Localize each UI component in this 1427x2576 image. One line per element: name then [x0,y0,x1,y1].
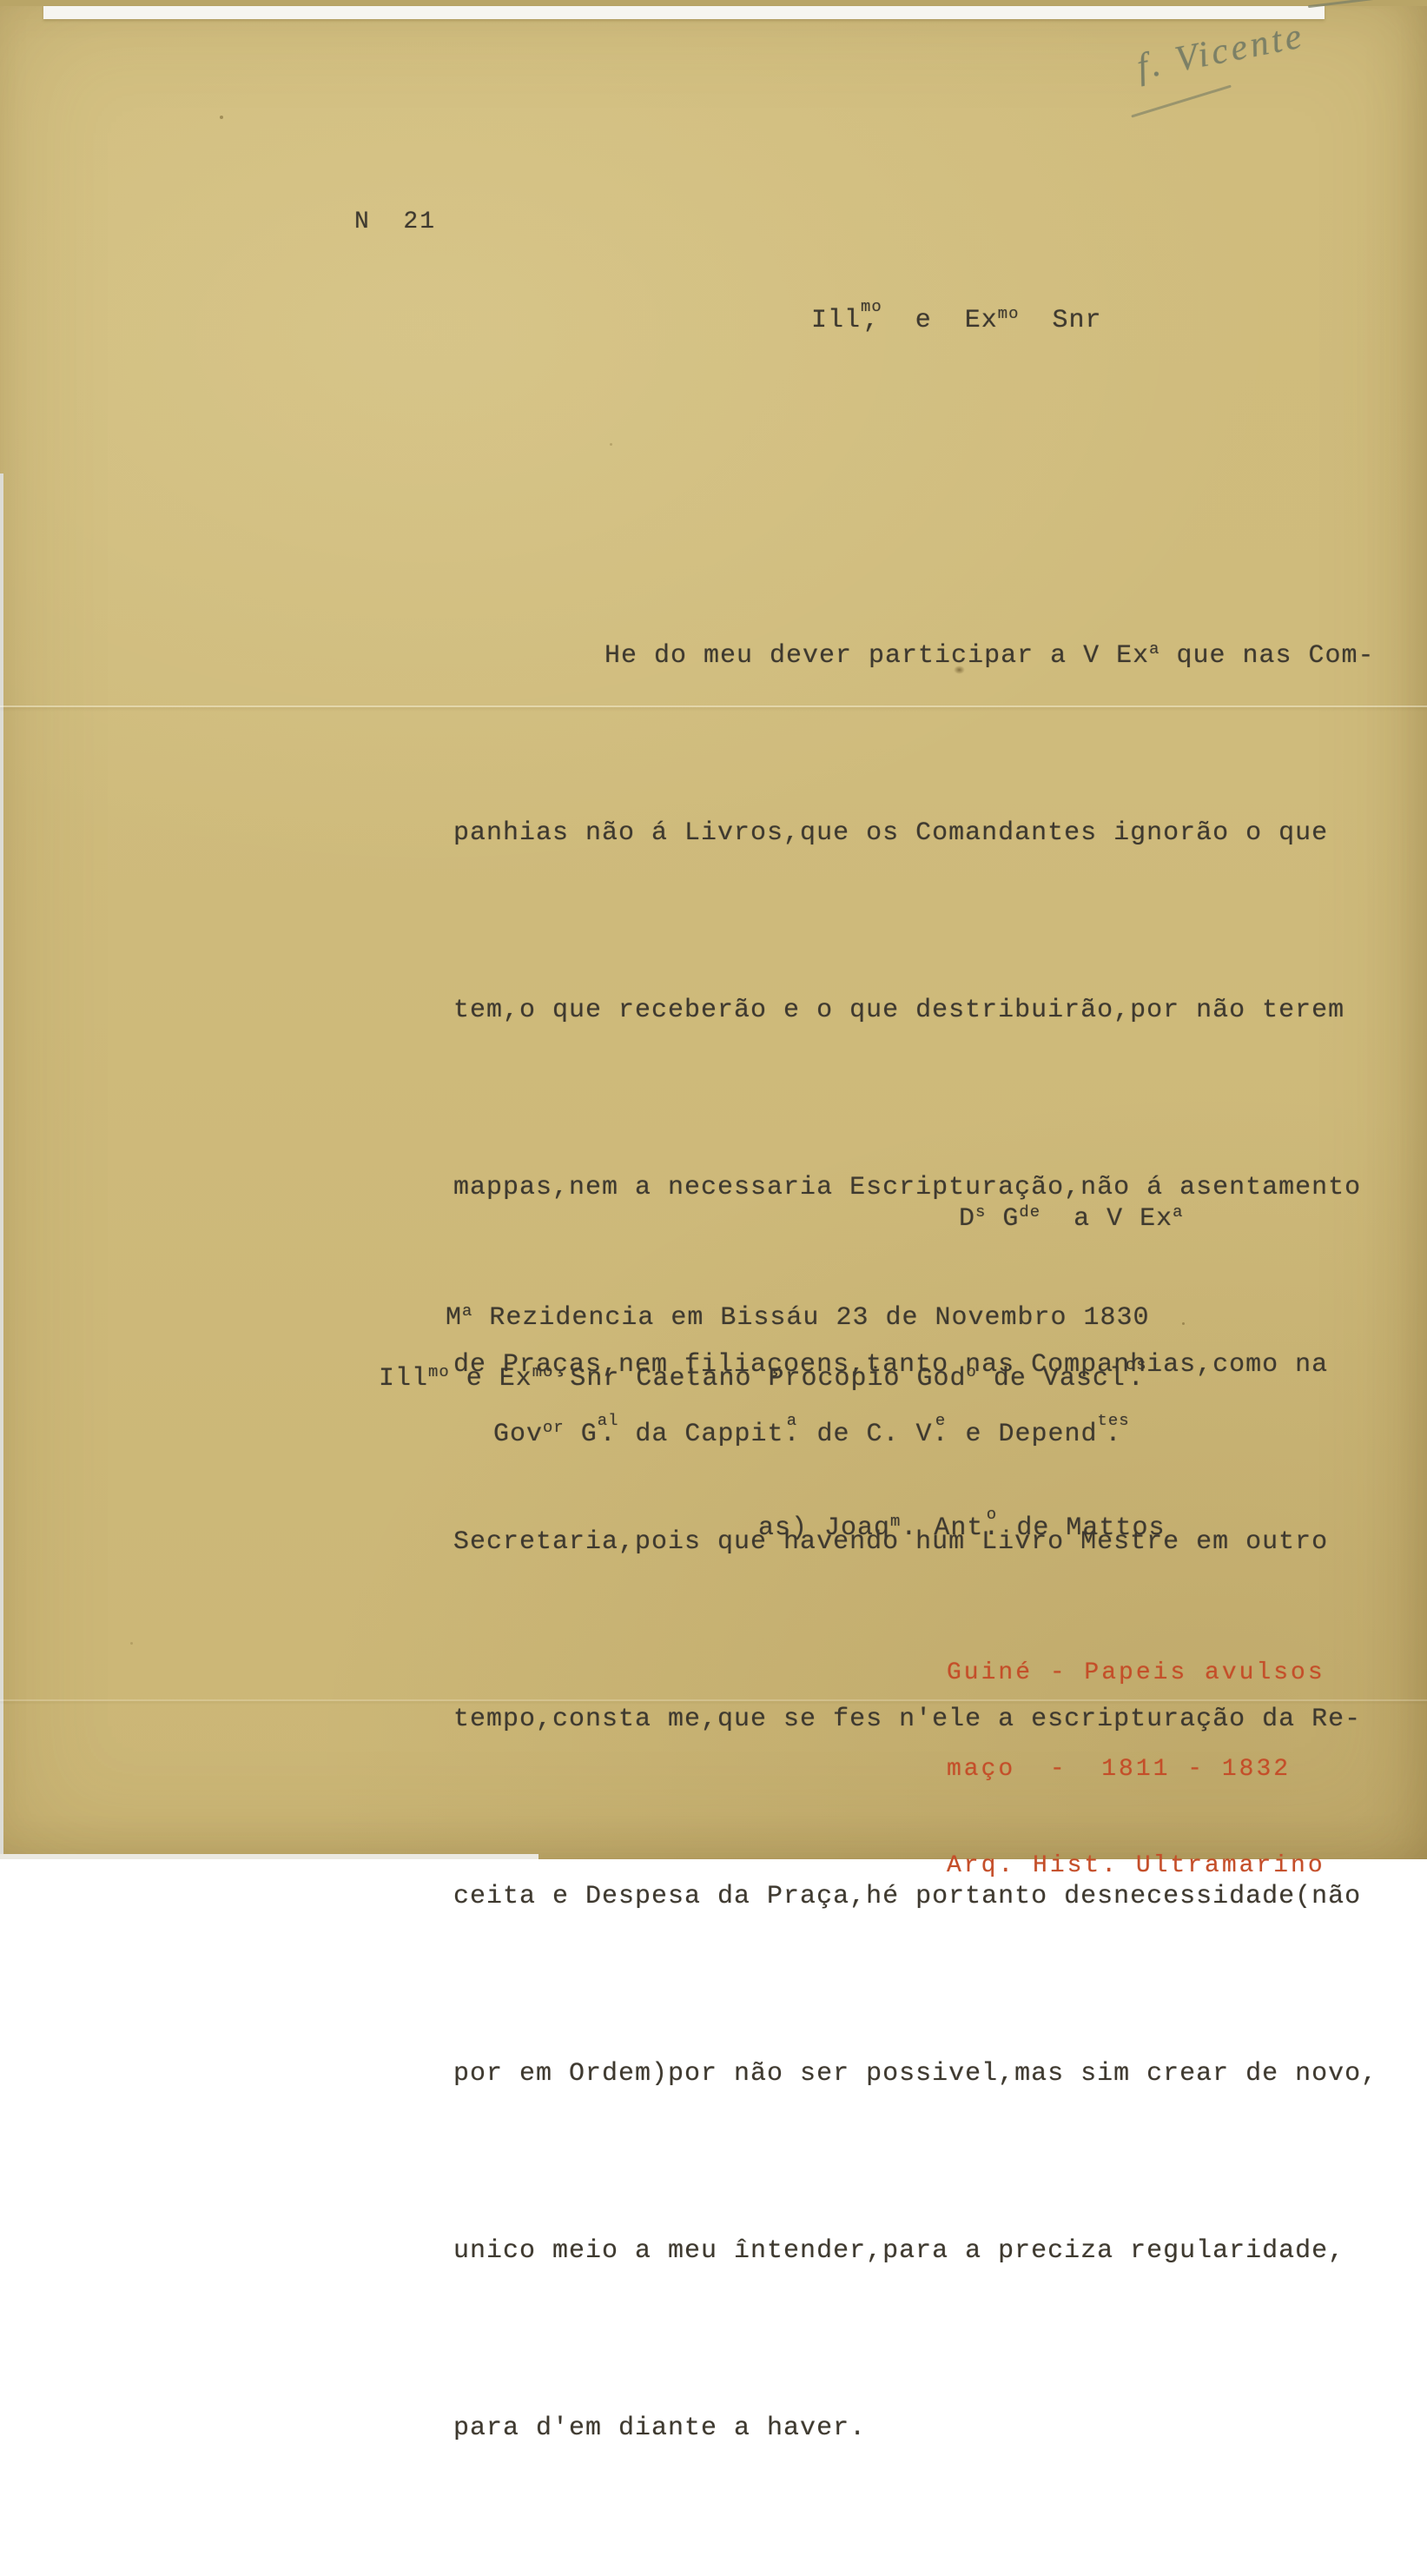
superscript-abbrev: a. [783,1413,800,1440]
scan-edge-left [0,473,3,1859]
superscript-abbrev: mo [428,1362,450,1381]
body-line: panhias não á Livros,que os Comandantes … [453,804,1400,863]
superscript-abbrev: or [543,1418,565,1437]
superscript-abbrev: os. [1126,1357,1147,1385]
superscript-abbrev: mo, [861,299,882,327]
superscript-abbrev: e. [933,1413,949,1440]
salutation: Illmo, e Exmo Snr [745,269,1101,365]
superscript-abbrev: o. [983,1507,1000,1534]
paper-speck [220,116,223,119]
paper-speck [610,443,612,446]
body-line: He do meu dever participar a V Exa que n… [453,626,1400,685]
scan-edge-top [0,0,1427,6]
superscript-abbrev: al. [598,1413,619,1440]
salutation-text: Ill [811,306,861,335]
archive-stamp-line: maço - 1811 - 1832 [947,1753,1325,1785]
body-line: tem,o que receberão e o que destribuirão… [453,981,1400,1040]
superscript-abbrev: mo [998,304,1020,323]
signature-understroke [1131,85,1232,118]
scanned-letter-page: f. Vicente N 21 Illmo, e Exmo Snr He do … [0,0,1427,1859]
superscript-abbrev: mo [532,1362,554,1381]
document-number: N 21 [354,209,436,235]
archive-stamp-line: Arq. Hist. Ultramarino [947,1850,1325,1859]
scan-edge-top-white [43,6,1325,19]
superscript-abbrev: a [462,1301,472,1321]
archive-stamp-line: Guiné - Papeis avulsos [947,1657,1325,1689]
superscript-abbrev: a [1149,639,1159,659]
superscript-abbrev: o [967,1362,977,1381]
pencil-signature: f. Vicente [1133,0,1410,158]
superscript-abbrev: a [1173,1202,1183,1222]
superscript-abbrev: tes. [1098,1413,1130,1440]
valediction: Ds Gde a V Exa [893,1175,1183,1263]
superscript-abbrev: de [1019,1202,1041,1222]
archive-stamp: Guiné - Papeis avulsos maço - 1811 - 183… [947,1593,1325,1859]
superscript-abbrev: m [890,1512,901,1531]
paper-speck [130,1642,133,1645]
signature-line: as) Joaqm. Anto. de Mattos [692,1477,1165,1573]
governor-title-line: Govor Gal. da Cappita. de C. Ve. e Depen… [427,1383,1130,1479]
superscript-abbrev: s [975,1202,986,1222]
